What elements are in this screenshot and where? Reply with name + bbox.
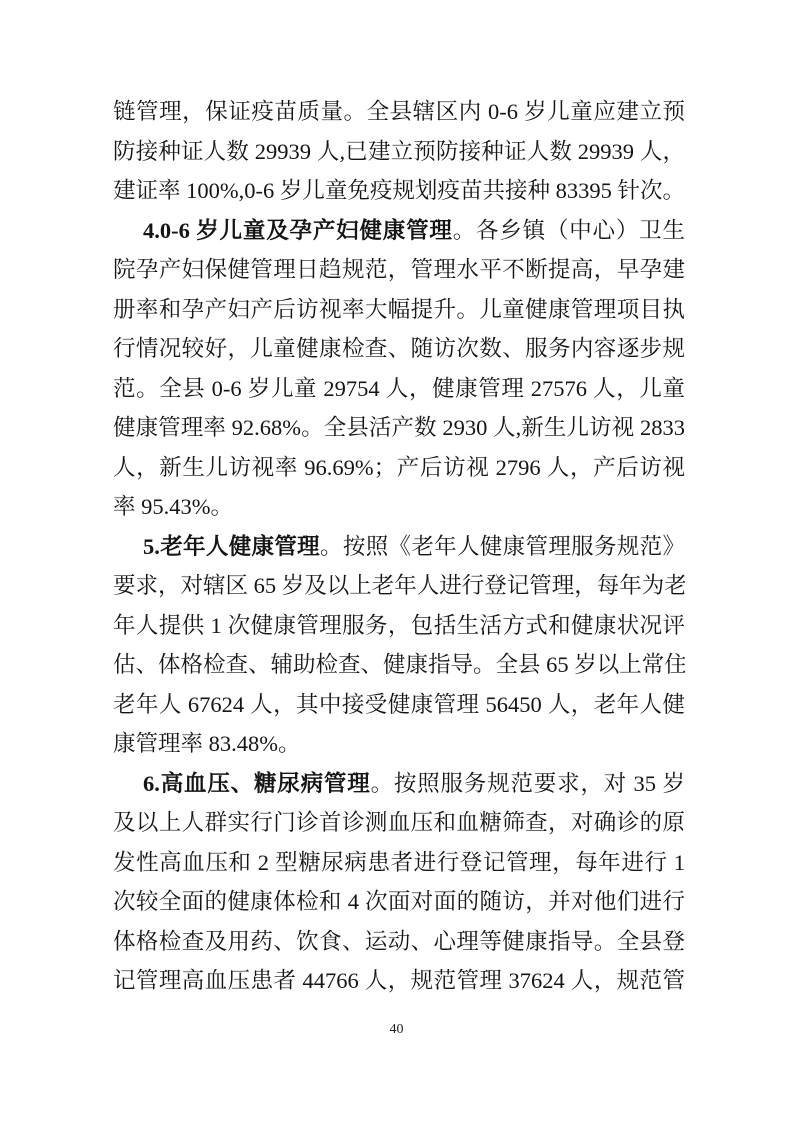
text-line: 记管理高血压患者 44766 人，规范管理 37624 人，规范管 bbox=[113, 961, 685, 1001]
line-text: 要求，对辖区 65 岁及以上老年人进行登记管理，每年为老 bbox=[113, 573, 685, 598]
text-line: 发性高血压和 2 型糖尿病患者进行登记管理，每年进行 1 bbox=[113, 843, 685, 883]
section-heading-line: 5.老年人健康管理。按照《老年人健康管理服务规范》 bbox=[113, 527, 685, 567]
text-line: 老年人 67624 人，其中接受健康管理 56450 人，老年人健 bbox=[113, 685, 685, 725]
text-line: 要求，对辖区 65 岁及以上老年人进行登记管理，每年为老 bbox=[113, 566, 685, 606]
line-text: 老年人 67624 人，其中接受健康管理 56450 人，老年人健 bbox=[113, 692, 685, 717]
line-text: 记管理高血压患者 44766 人，规范管理 37624 人，规范管 bbox=[113, 968, 685, 993]
line-text: 估、体格检查、辅助检查、健康指导。全县 65 岁以上常住 bbox=[113, 652, 685, 677]
line-text: 人，新生儿访视率 96.69%；产后访视 2796 人，产后访视 bbox=[113, 455, 685, 480]
line-text: 建证率 100%,0-6 岁儿童免疫规划疫苗共接种 83395 针次。 bbox=[113, 178, 685, 203]
text-line: 院孕产妇保健管理日趋规范，管理水平不断提高，早孕建 bbox=[113, 250, 685, 290]
text-line: 建证率 100%,0-6 岁儿童免疫规划疫苗共接种 83395 针次。 bbox=[113, 171, 685, 211]
text-line: 范。全县 0-6 岁儿童 29754 人，健康管理 27576 人，儿童 bbox=[113, 369, 685, 409]
text-line: 及以上人群实行门诊首诊测血压和血糖筛查，对确诊的原 bbox=[113, 803, 685, 843]
text-line: 链管理，保证疫苗质量。全县辖区内 0-6 岁儿童应建立预 bbox=[113, 92, 685, 132]
text-line: 册率和孕产妇产后访视率大幅提升。儿童健康管理项目执 bbox=[113, 290, 685, 330]
line-text: 册率和孕产妇产后访视率大幅提升。儿童健康管理项目执 bbox=[113, 297, 685, 322]
line-text: 发性高血压和 2 型糖尿病患者进行登记管理，每年进行 1 bbox=[113, 850, 685, 875]
text-line: 人，新生儿访视率 96.69%；产后访视 2796 人，产后访视 bbox=[113, 448, 685, 488]
section-heading-line: 4.0-6 岁儿童及孕产妇健康管理。各乡镇（中心）卫生 bbox=[113, 211, 685, 251]
text-line: 次较全面的健康体检和 4 次面对面的随访，并对他们进行 bbox=[113, 882, 685, 922]
text-line: 健康管理率 92.68%。全县活产数 2930 人,新生儿访视 2833 bbox=[113, 408, 685, 448]
line-text: 行情况较好，儿童健康检查、随访次数、服务内容逐步规 bbox=[113, 336, 685, 361]
text-line: 年人提供 1 次健康管理服务，包括生活方式和健康状况评 bbox=[113, 606, 685, 646]
line-text: 年人提供 1 次健康管理服务，包括生活方式和健康状况评 bbox=[113, 613, 685, 638]
line-text: 。按照服务规范要求，对 35 岁 bbox=[371, 771, 685, 796]
line-text: 及以上人群实行门诊首诊测血压和血糖筛查，对确诊的原 bbox=[113, 810, 685, 835]
line-text: 。各乡镇（中心）卫生 bbox=[453, 218, 685, 243]
line-text: 院孕产妇保健管理日趋规范，管理水平不断提高，早孕建 bbox=[113, 257, 685, 282]
section-heading-bold: 6.高血压、糖尿病管理 bbox=[143, 771, 371, 796]
paragraph-end-line: 率 95.43%。 bbox=[113, 487, 685, 527]
paragraph-end-line: 康管理率 83.48%。 bbox=[113, 724, 685, 764]
text-line: 体格检查及用药、饮食、运动、心理等健康指导。全县登 bbox=[113, 922, 685, 962]
line-text: 体格检查及用药、饮食、运动、心理等健康指导。全县登 bbox=[113, 929, 685, 954]
document-page: 链管理，保证疫苗质量。全县辖区内 0-6 岁儿童应建立预 防接种证人数 2993… bbox=[0, 0, 793, 1122]
text-block: 链管理，保证疫苗质量。全县辖区内 0-6 岁儿童应建立预 防接种证人数 2993… bbox=[113, 92, 685, 1001]
section-heading-bold: 4.0-6 岁儿童及孕产妇健康管理 bbox=[143, 218, 453, 243]
section-heading-line: 6.高血压、糖尿病管理。按照服务规范要求，对 35 岁 bbox=[113, 764, 685, 804]
line-text: 康管理率 83.48%。 bbox=[113, 731, 301, 756]
line-text: 健康管理率 92.68%。全县活产数 2930 人,新生儿访视 2833 bbox=[113, 415, 685, 440]
text-line: 防接种证人数 29939 人,已建立预防接种证人数 29939 人， bbox=[113, 132, 685, 172]
text-line: 估、体格检查、辅助检查、健康指导。全县 65 岁以上常住 bbox=[113, 645, 685, 685]
line-text: 范。全县 0-6 岁儿童 29754 人，健康管理 27576 人，儿童 bbox=[113, 376, 685, 401]
line-text: 率 95.43%。 bbox=[113, 494, 233, 519]
page-number: 40 bbox=[0, 1022, 793, 1038]
line-text: 链管理，保证疫苗质量。全县辖区内 0-6 岁儿童应建立预 bbox=[113, 99, 685, 124]
text-line: 行情况较好，儿童健康检查、随访次数、服务内容逐步规 bbox=[113, 329, 685, 369]
section-heading-bold: 5.老年人健康管理 bbox=[143, 534, 320, 559]
line-text: 防接种证人数 29939 人,已建立预防接种证人数 29939 人， bbox=[113, 139, 685, 164]
line-text: 。按照《老年人健康管理服务规范》 bbox=[320, 534, 685, 559]
line-text: 次较全面的健康体检和 4 次面对面的随访，并对他们进行 bbox=[113, 889, 685, 914]
